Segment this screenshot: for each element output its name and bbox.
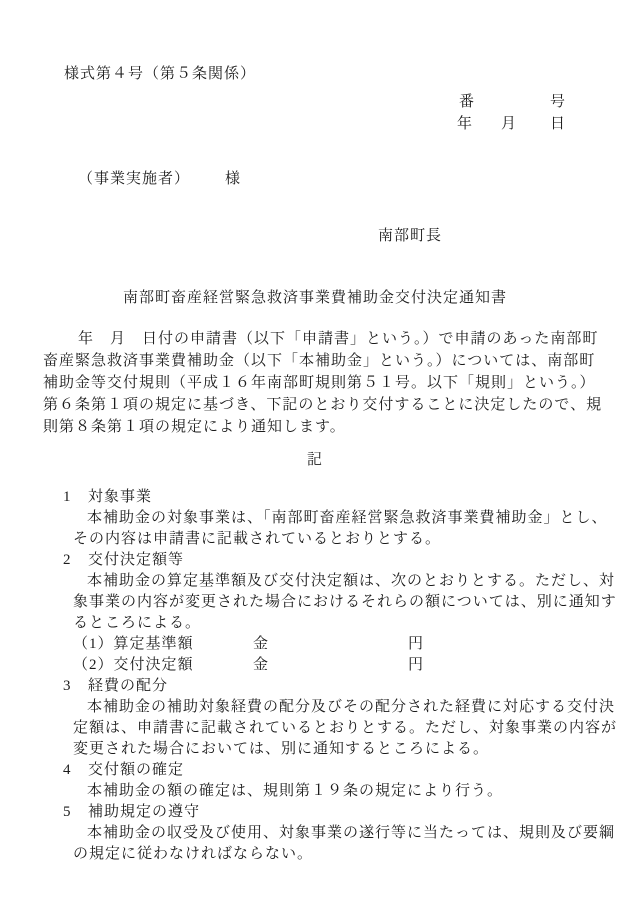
item-title: 交付決定額等 xyxy=(88,552,184,568)
body-line: 第６条第１項の規定に基づき、下記のとおり交付することに決定したので、規 xyxy=(43,394,587,416)
item-5-heading: 5補助規定の遵守 xyxy=(43,802,587,823)
item-3-body-line: 変更された場合においては、別に通知するところによる。 xyxy=(43,739,587,760)
date-line: 年月日 xyxy=(43,113,566,135)
amount-row-label: （2）交付決定額 xyxy=(73,655,253,676)
item-4-body-line: 本補助金の額の確定は、規則第１９条の規定により行う。 xyxy=(43,781,587,802)
item-3-heading: 3経費の配分 xyxy=(43,676,587,697)
number-blank-field xyxy=(475,105,550,106)
item-number: 3 xyxy=(63,676,88,697)
document-number-line: 番号 xyxy=(43,91,566,113)
day-blank-field xyxy=(517,127,550,128)
item-2-body-line: 本補助金の算定基準額及び交付決定額は、次のとおりとする。ただし、対 xyxy=(43,571,587,592)
item-title: 補助規定の遵守 xyxy=(88,804,200,820)
body-line: 畜産緊急救済事業費補助金（以下「本補助金」という。）については、南部町 xyxy=(43,350,587,372)
grant-decision-amount-row: （2）交付決定額金円 xyxy=(43,655,587,676)
item-3-body-line: 定額は、申請書に記載されているとおりとする。ただし、対象事業の内容が xyxy=(43,718,587,739)
body-line: 則第８条第１項の規定により通知します。 xyxy=(43,416,587,438)
item-title: 対象事業 xyxy=(88,489,152,505)
addressee-label: （事業実施者） xyxy=(78,171,190,187)
amount-row-label: （1）算定基準額 xyxy=(73,634,253,655)
item-4-heading: 4交付額の確定 xyxy=(43,760,587,781)
record-marker: 記 xyxy=(43,449,587,471)
addressee-line: （事業実施者）様 xyxy=(43,168,587,190)
document-content: 様式第４号（第５条関係） 番号 年月日 （事業実施者）様 南部町長 南部町畜産経… xyxy=(0,0,630,865)
item-5-body-line: 本補助金の収受及び使用、対象事業の遂行等に当たっては、規則及び要綱 xyxy=(43,823,587,844)
sender-line: 南部町長 xyxy=(43,225,587,247)
number-date-block: 番号 年月日 xyxy=(43,91,587,135)
item-1-heading: 1対象事業 xyxy=(43,487,587,508)
item-3-body-line: 本補助金の補助対象経費の配分及びその配分された経費に対応する交付決 xyxy=(43,697,587,718)
addressee-honorific: 様 xyxy=(225,171,241,187)
day-label: 日 xyxy=(550,116,566,132)
document-title: 南部町畜産経営緊急救済事業費補助金交付決定通知書 xyxy=(43,287,587,309)
item-number: 2 xyxy=(63,550,88,571)
item-2-body-line: 象事業の内容が変更された場合におけるそれらの額については、別に通知す xyxy=(43,592,587,613)
form-number-label: 様式第４号（第５条関係） xyxy=(43,63,587,85)
calculation-base-amount-row: （1）算定基準額金円 xyxy=(43,634,587,655)
item-5-body-line: の規定に従わなければならない。 xyxy=(43,844,587,865)
amount-currency-prefix: 金 xyxy=(253,634,408,655)
body-line: 補助金等交付規則（平成１６年南部町規則第５１号。以下「規則」という。） xyxy=(43,372,587,394)
number-suffix-label: 号 xyxy=(550,94,566,110)
item-list: 1対象事業 本補助金の対象事業は、「南部町畜産経営緊急救済事業費補助金」とし、 … xyxy=(43,487,587,865)
month-label: 月 xyxy=(501,116,517,132)
amount-currency-suffix: 円 xyxy=(408,657,424,673)
body-line: 年 月 日付の申請書（以下「申請書」という。）で申請のあった南部町 xyxy=(43,328,587,350)
item-2-body-line: るところによる。 xyxy=(43,613,587,634)
document-page: 様式第４号（第５条関係） 番号 年月日 （事業実施者）様 南部町長 南部町畜産経… xyxy=(0,0,630,903)
body-paragraph: 年 月 日付の申請書（以下「申請書」という。）で申請のあった南部町 畜産緊急救済… xyxy=(43,328,587,438)
item-2-heading: 2交付決定額等 xyxy=(43,550,587,571)
item-1-body-line: その内容は申請書に記載されているとおりとする。 xyxy=(43,529,587,550)
addressee-name-blank xyxy=(190,182,225,183)
item-1-body-line: 本補助金の対象事業は、「南部町畜産経営緊急救済事業費補助金」とし、 xyxy=(43,508,587,529)
item-number: 5 xyxy=(63,802,88,823)
item-number: 1 xyxy=(63,487,88,508)
item-number: 4 xyxy=(63,760,88,781)
amount-currency-suffix: 円 xyxy=(408,636,424,652)
year-label: 年 xyxy=(457,116,473,132)
item-title: 交付額の確定 xyxy=(88,762,184,778)
amount-currency-prefix: 金 xyxy=(253,655,408,676)
number-prefix-label: 番 xyxy=(459,94,475,110)
item-title: 経費の配分 xyxy=(88,678,168,694)
month-blank-field xyxy=(473,127,501,128)
